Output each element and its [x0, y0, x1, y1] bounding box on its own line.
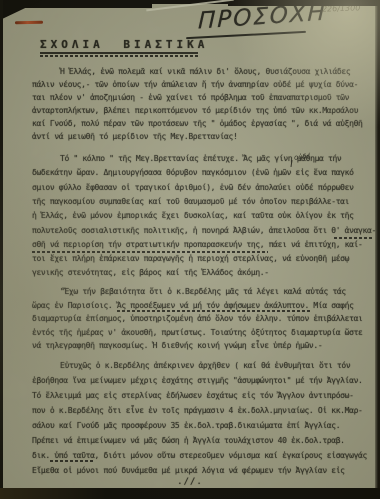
document-line: τοι ἔχει πλήρη ἐπάρκειαν παραγωγῆς ἡ περ…	[32, 254, 349, 263]
handwritten-insertion: οὐδέ	[294, 152, 311, 161]
document-line: ἡ Ἑλλάς, ἐνῶ μόνον ἐμπορικάς ἔχει δυσκολ…	[32, 211, 354, 220]
document-line: Τό ἔλλειμμά μας εἰς στερλίνας ἐδήλωσεν ἐ…	[32, 391, 354, 400]
document-line: σμιον φύλλο ἔφθασαν οἱ τραγικοί ἀριθμοί)…	[32, 183, 354, 192]
document-line: ται πλέον ν' ἀποζημιώση - ἐνῶ χαίνει τό …	[32, 93, 349, 102]
document-line: πάλιν νέους,- τῶν ὁποίων τήν ἀπώλειαν ἤ …	[32, 80, 358, 89]
document-line: ἐβοήθησα ἵνα μείνωμεν μέχρις ἐσχάτης στι…	[32, 376, 363, 385]
scanned-document-page: ΠΡΟΣΟΧΗ 226/1300 ΣΧΟΛΙΑ ΒΙΑΣΤΙΚΑ Ἡ Ἑλλάς…	[0, 0, 380, 499]
document-title: ΣΧΟΛΙΑ ΒΙΑΣΤΙΚΑ	[40, 38, 208, 51]
document-line: γενικῆς στενότητας, εἰς βάρος καί τῆς Ἑλ…	[32, 268, 269, 277]
scan-edge-bottom	[0, 488, 380, 499]
end-of-document-mark: .//.	[0, 477, 380, 487]
typed-underline-1	[334, 237, 372, 239]
document-line: νά τηλεγραφηθῆ παγκοσμίως. Ἡ διεθνής κοι…	[32, 341, 322, 350]
document-line: ἐντός τῆς ἡμέρας ν' ἀκουσθῆ, πρωτίστως. …	[32, 328, 363, 337]
typed-underline-4	[50, 460, 94, 462]
red-crayon-mark	[15, 21, 43, 24]
document-line: καί Γνούδ, πολύ πέραν τῶν προτάσεων τῆς …	[32, 119, 363, 128]
title-underline-solid	[40, 52, 198, 54]
scan-edge-right	[375, 0, 380, 499]
document-line: δικ. ὑπό ταῦτα, διότι μόνον οὕτω στερεοῦ…	[32, 451, 367, 460]
document-line: ἀντί νά μειωθῆ τό μερίδιον τῆς Μεγ.Βρεττ…	[32, 132, 237, 141]
document-line: Εἴμεθα οἱ μόνοι πού δυνάμεθα μέ μικρά λό…	[32, 466, 345, 475]
typed-underline-2	[32, 251, 268, 253]
document-line: πον ὁ κ.Βερδέλης ὅτι εἶνε ἐν τοῖς πράγμα…	[32, 406, 363, 415]
document-line: πολυτελοῦς σοσιαλιστικῆς πολιτικῆς, ἡ πο…	[32, 226, 376, 235]
document-line: "Ἔχω τήν βεβαιότητα ὅτι ὁ κ.Βερδέλης μᾶς…	[60, 287, 346, 296]
typed-underline-3	[117, 310, 311, 312]
document-line: Εὐτυχῶς ὁ κ.Βερδέλης ἀπέκρινεν ἀρχῆθεν (…	[60, 361, 350, 370]
scan-edge-left	[0, 0, 3, 499]
scan-edge-top-right	[228, 0, 380, 6]
document-line: Πρέπει νά ἐπιμείνωμεν νά μᾶς δώση ἡ Ἀγγλ…	[32, 436, 345, 445]
document-line: διαμαρτυρία ἐπίσημος, ὑποστηριζομένη ἀπό…	[32, 314, 363, 323]
insertion-caret-mark	[291, 160, 293, 167]
document-line: Ἡ Ἑλλάς, ἐνῶ πολεμᾶ καί νικᾶ πάλιν δι' ὅ…	[60, 67, 350, 76]
document-line: δωδεκάτην ὥραν. Δημιουργήσασα θόρυβον πα…	[32, 168, 354, 177]
document-line: ἀνταρτοπλήκτων, βλέπει περικοπτόμενον τό…	[32, 106, 358, 115]
document-line: τῆς παγκοσμίου συμπαθείας καί τοῦ θαυμασ…	[32, 197, 349, 206]
title-underline-dashed	[40, 55, 198, 57]
document-line: ὥρας ἐν Παρισίοις. Ἄς προσέξωμεν νά μή τ…	[32, 301, 354, 310]
document-line: σάλου καί Γνούδ μᾶς προσφέρουν 35 ἑκ.δολ…	[32, 421, 340, 430]
document-line: σθῆ νά περιορίση τήν στρατιωτικήν προπαρ…	[32, 240, 363, 249]
